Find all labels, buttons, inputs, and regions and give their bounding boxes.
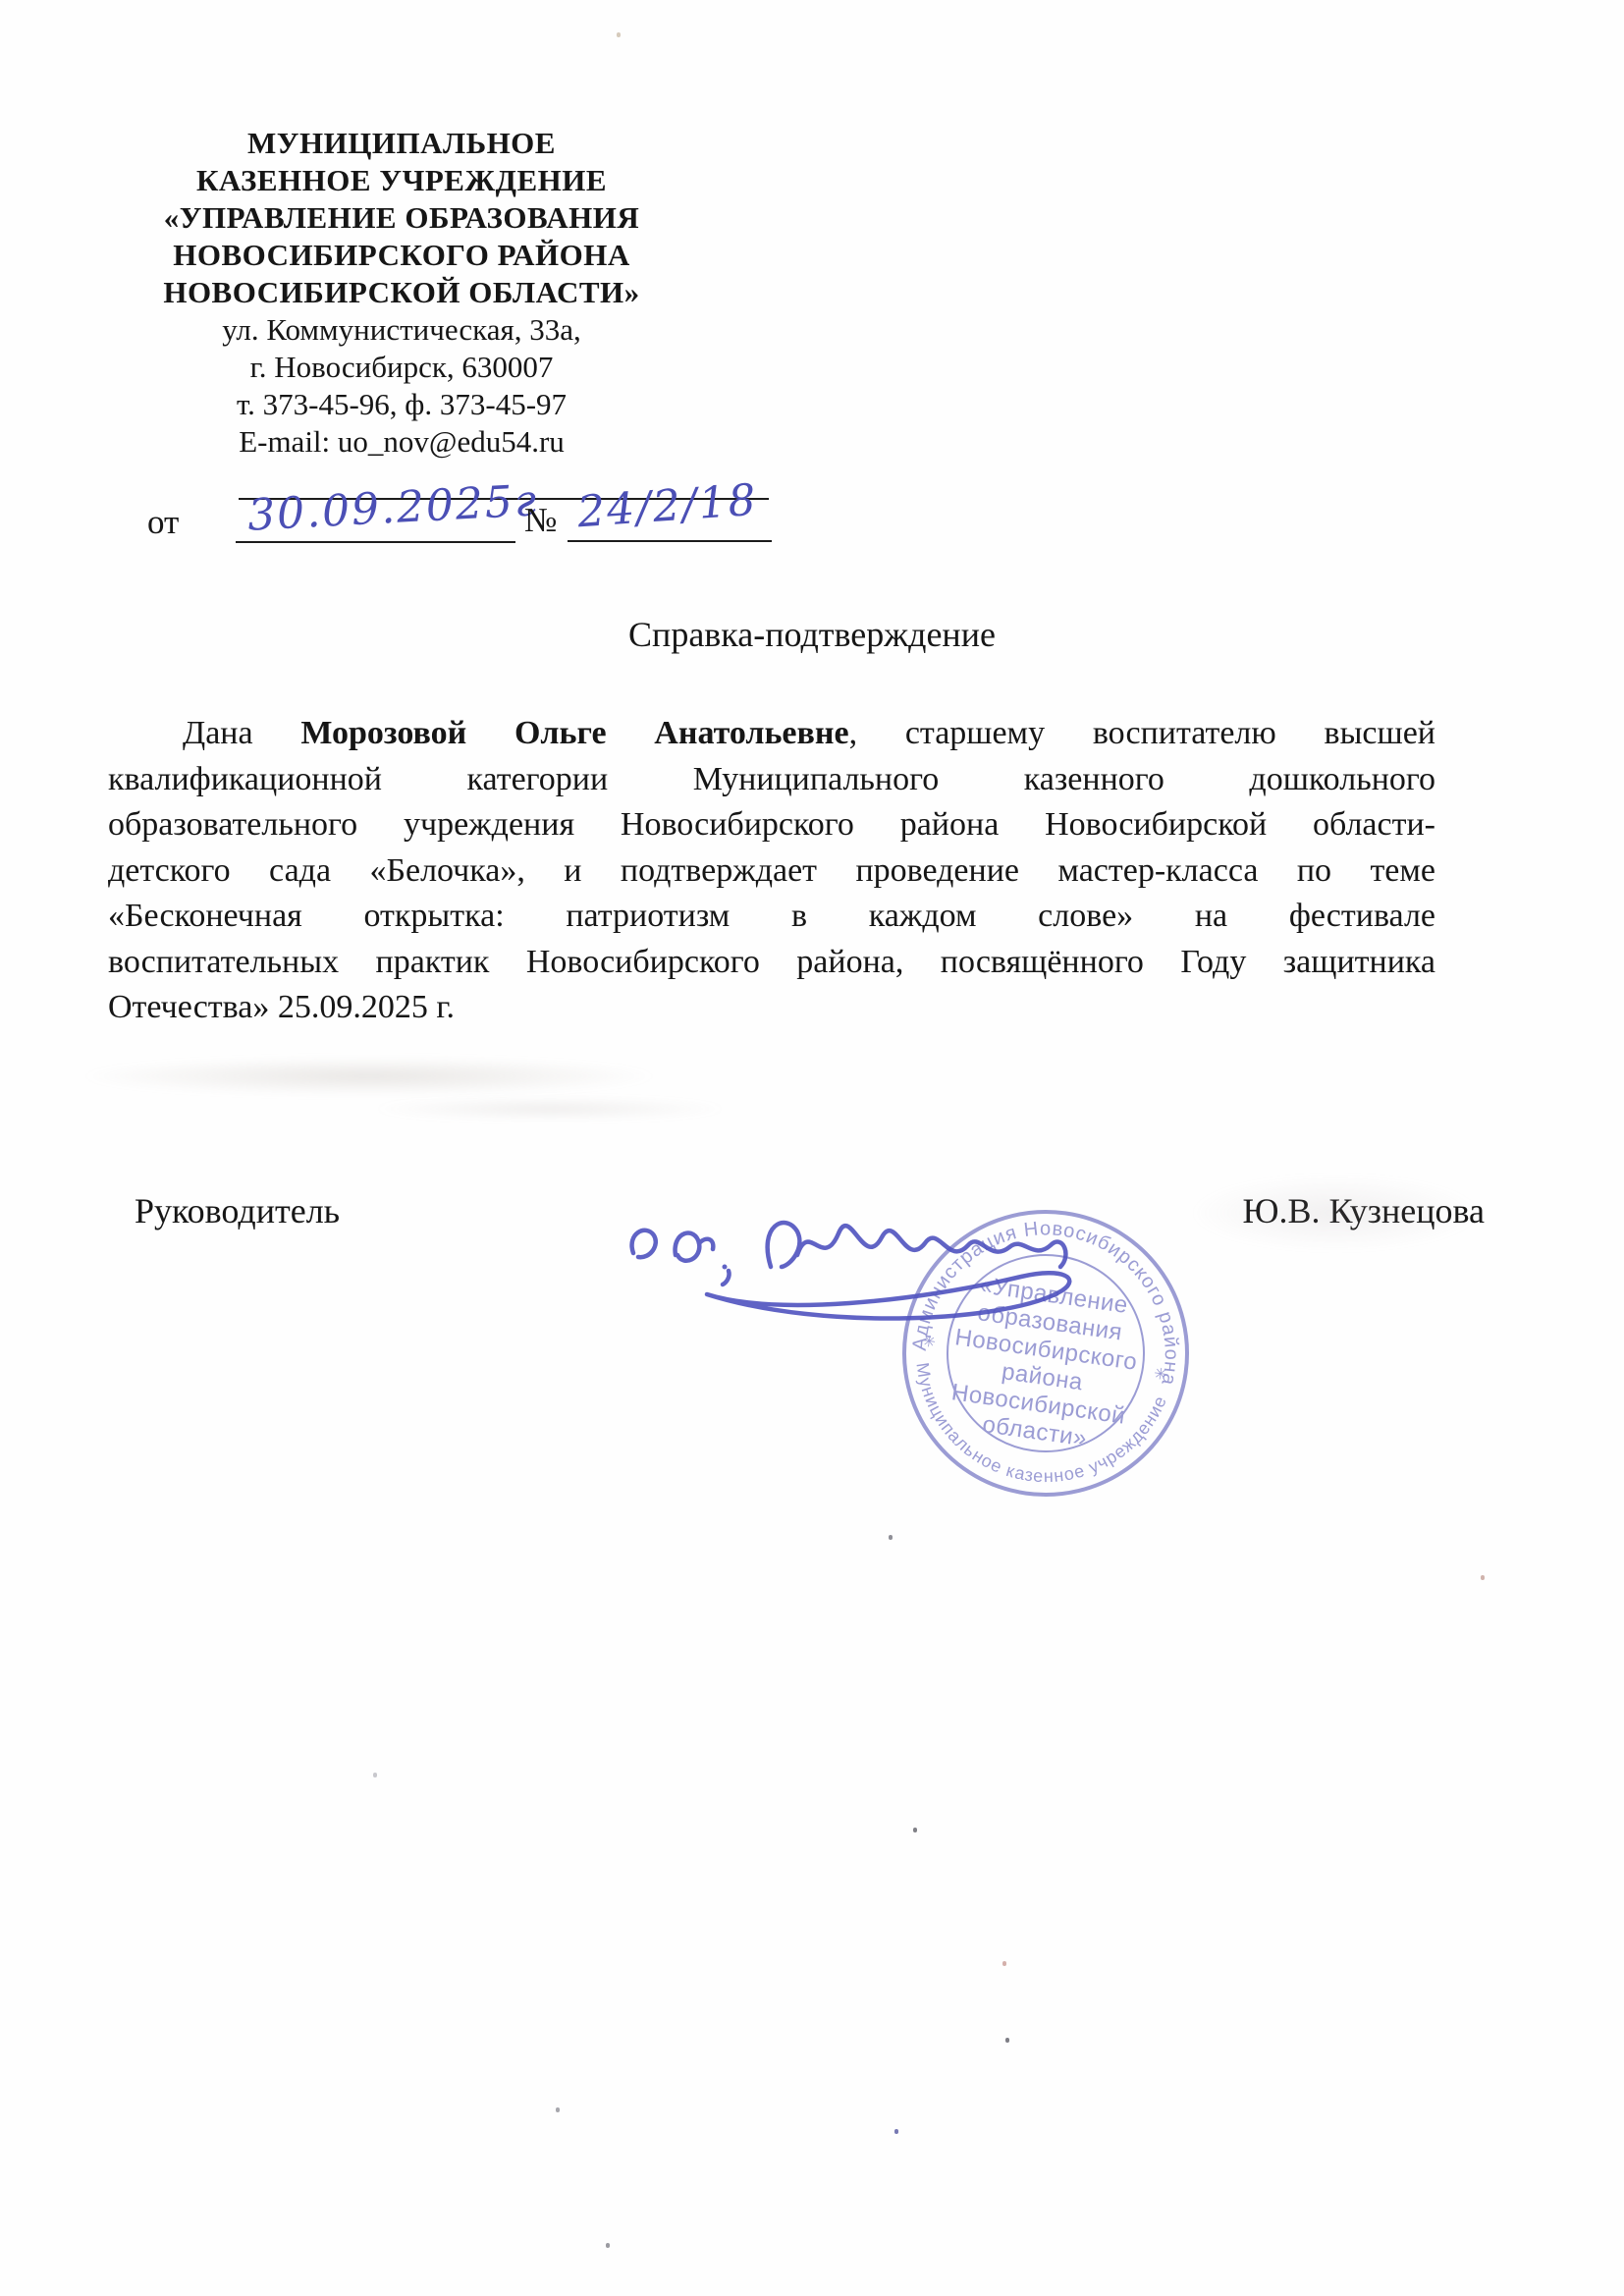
org-address-line: г. Новосибирск, 630007 — [126, 349, 677, 386]
body-line: «Бесконечная открытка: патриотизм в кажд… — [108, 894, 1435, 940]
scan-speck — [1002, 1961, 1006, 1966]
body-line: образовательного учреждения Новосибирско… — [108, 802, 1435, 848]
letterhead: МУНИЦИПАЛЬНОЕ КАЗЕННОЕ УЧРЕЖДЕНИЕ «УПРАВ… — [126, 125, 677, 461]
number-blank-underline — [568, 540, 772, 542]
body-line: воспитательных практик Новосибирского ра… — [108, 940, 1435, 986]
body-line: детского сада «Белочка», и подтверждает … — [108, 848, 1435, 895]
body-paragraph: Дана Морозовой Ольге Анатольевне, старше… — [108, 711, 1435, 1031]
handwritten-date: 30.09.2025г — [246, 475, 539, 540]
org-address-line: ул. Коммунистическая, 33а, — [126, 311, 677, 349]
handwritten-signature — [589, 1176, 1139, 1373]
org-name-line: КАЗЕННОЕ УЧРЕЖДЕНИЕ — [126, 162, 677, 199]
org-name-line: НОВОСИБИРСКОГО РАЙОНА — [126, 237, 677, 274]
scan-speck — [889, 1535, 893, 1540]
scan-speck — [606, 2243, 610, 2248]
scan-smudge — [295, 1092, 805, 1125]
scan-speck — [556, 2107, 560, 2112]
org-phone-line: т. 373-45-96, ф. 373-45-97 — [126, 386, 677, 423]
scan-speck — [1005, 2038, 1009, 2043]
org-name-line: НОВОСИБИРСКОЙ ОБЛАСТИ» — [126, 274, 677, 311]
date-field-label: от — [147, 503, 179, 542]
handwritten-number: 24/2/18 — [575, 475, 759, 538]
scanned-letter-page: МУНИЦИПАЛЬНОЕ КАЗЕННОЕ УЧРЕЖДЕНИЕ «УПРАВ… — [0, 0, 1624, 2296]
body-line: Отечества» 25.09.2025 г. — [108, 985, 1435, 1031]
scan-smudge — [39, 1049, 864, 1104]
stamp-star-separator-icon: ✳ — [1153, 1366, 1168, 1385]
org-name-line: МУНИЦИПАЛЬНОЕ — [126, 125, 677, 162]
org-name-line: «УПРАВЛЕНИЕ ОБРАЗОВАНИЯ — [126, 199, 677, 237]
body-line: Дана Морозовой Ольге Анатольевне, старше… — [108, 711, 1435, 757]
scan-speck — [373, 1773, 377, 1777]
body-line: квалификационной категории Муниципальног… — [108, 757, 1435, 803]
org-email-line: E-mail: uo_nov@edu54.ru — [126, 423, 677, 461]
scan-speck — [913, 1828, 917, 1832]
date-blank-underline — [236, 541, 515, 543]
scan-speck — [617, 32, 621, 37]
scan-speck — [1481, 1575, 1485, 1580]
signer-name: Ю.В. Кузнецова — [1242, 1190, 1485, 1231]
document-title: Справка-подтверждение — [0, 614, 1624, 655]
number-field-label: № — [524, 501, 557, 540]
signer-role: Руководитель — [135, 1190, 340, 1231]
scan-speck — [894, 2129, 898, 2134]
recipient-name: Морозовой Ольге Анатольевне — [300, 715, 848, 751]
